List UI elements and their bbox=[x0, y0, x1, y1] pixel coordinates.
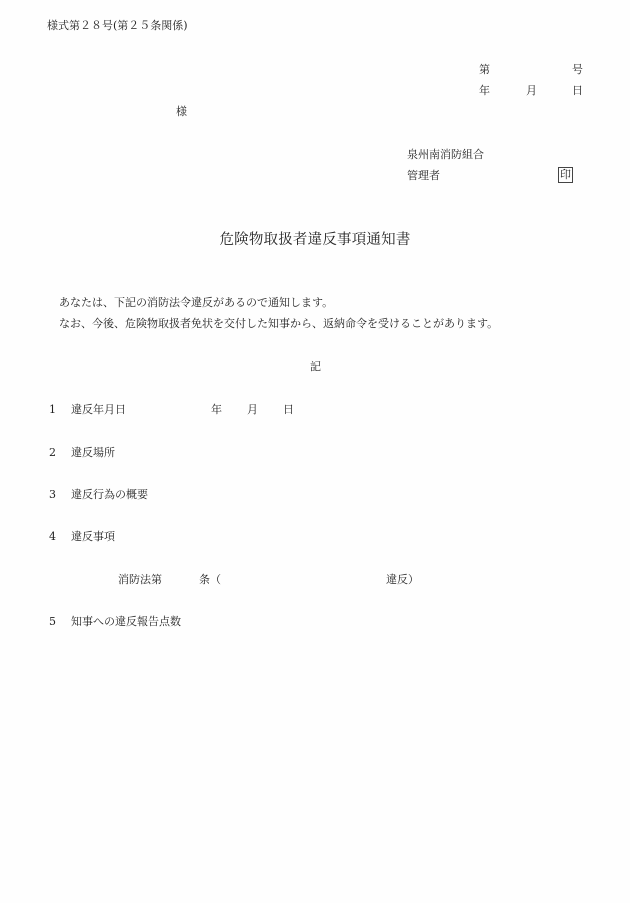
law-article-suffix: 違反） bbox=[386, 574, 419, 585]
law-article-jo: 条（ bbox=[199, 574, 221, 585]
item-1-label: 違反年月日 bbox=[71, 404, 126, 415]
item-5-label: 知事への違反報告点数 bbox=[71, 616, 181, 627]
item-4-label: 違反事項 bbox=[71, 531, 115, 542]
item-3-label: 違反行為の概要 bbox=[71, 489, 148, 500]
doc-number-suffix: 号 bbox=[572, 64, 583, 75]
item-2-label: 違反場所 bbox=[71, 447, 115, 458]
form-number: 様式第２８号(第２５条関係) bbox=[47, 20, 188, 31]
body-paragraph-2: なお、今後、危険物取扱者免状を交付した知事から、返納命令を受けることがあります。 bbox=[59, 318, 498, 329]
law-article-prefix: 消防法第 bbox=[118, 574, 162, 585]
seal-stamp-icon: 印 bbox=[558, 167, 573, 183]
item-2-number: 2 bbox=[49, 447, 56, 458]
sender-organization: 泉州南消防組合 bbox=[407, 149, 484, 160]
date-day-label: 日 bbox=[572, 85, 583, 96]
item-4-number: 4 bbox=[49, 531, 56, 542]
ki-heading: 記 bbox=[310, 361, 321, 372]
item-1-year: 年 bbox=[211, 404, 222, 415]
item-5-number: 5 bbox=[49, 616, 56, 627]
doc-number-prefix: 第 bbox=[479, 64, 490, 75]
addressee-honorific: 様 bbox=[176, 106, 187, 117]
sender-title: 管理者 bbox=[407, 170, 440, 181]
item-1-day: 日 bbox=[283, 404, 294, 415]
body-paragraph-1: あなたは、下記の消防法令違反があるので通知します。 bbox=[59, 297, 333, 308]
item-1-number: 1 bbox=[49, 404, 56, 415]
item-1-month: 月 bbox=[247, 404, 258, 415]
date-year-label: 年 bbox=[479, 85, 490, 96]
document-title: 危険物取扱者違反事項通知書 bbox=[0, 233, 630, 248]
item-3-number: 3 bbox=[49, 489, 56, 500]
date-month-label: 月 bbox=[526, 85, 537, 96]
